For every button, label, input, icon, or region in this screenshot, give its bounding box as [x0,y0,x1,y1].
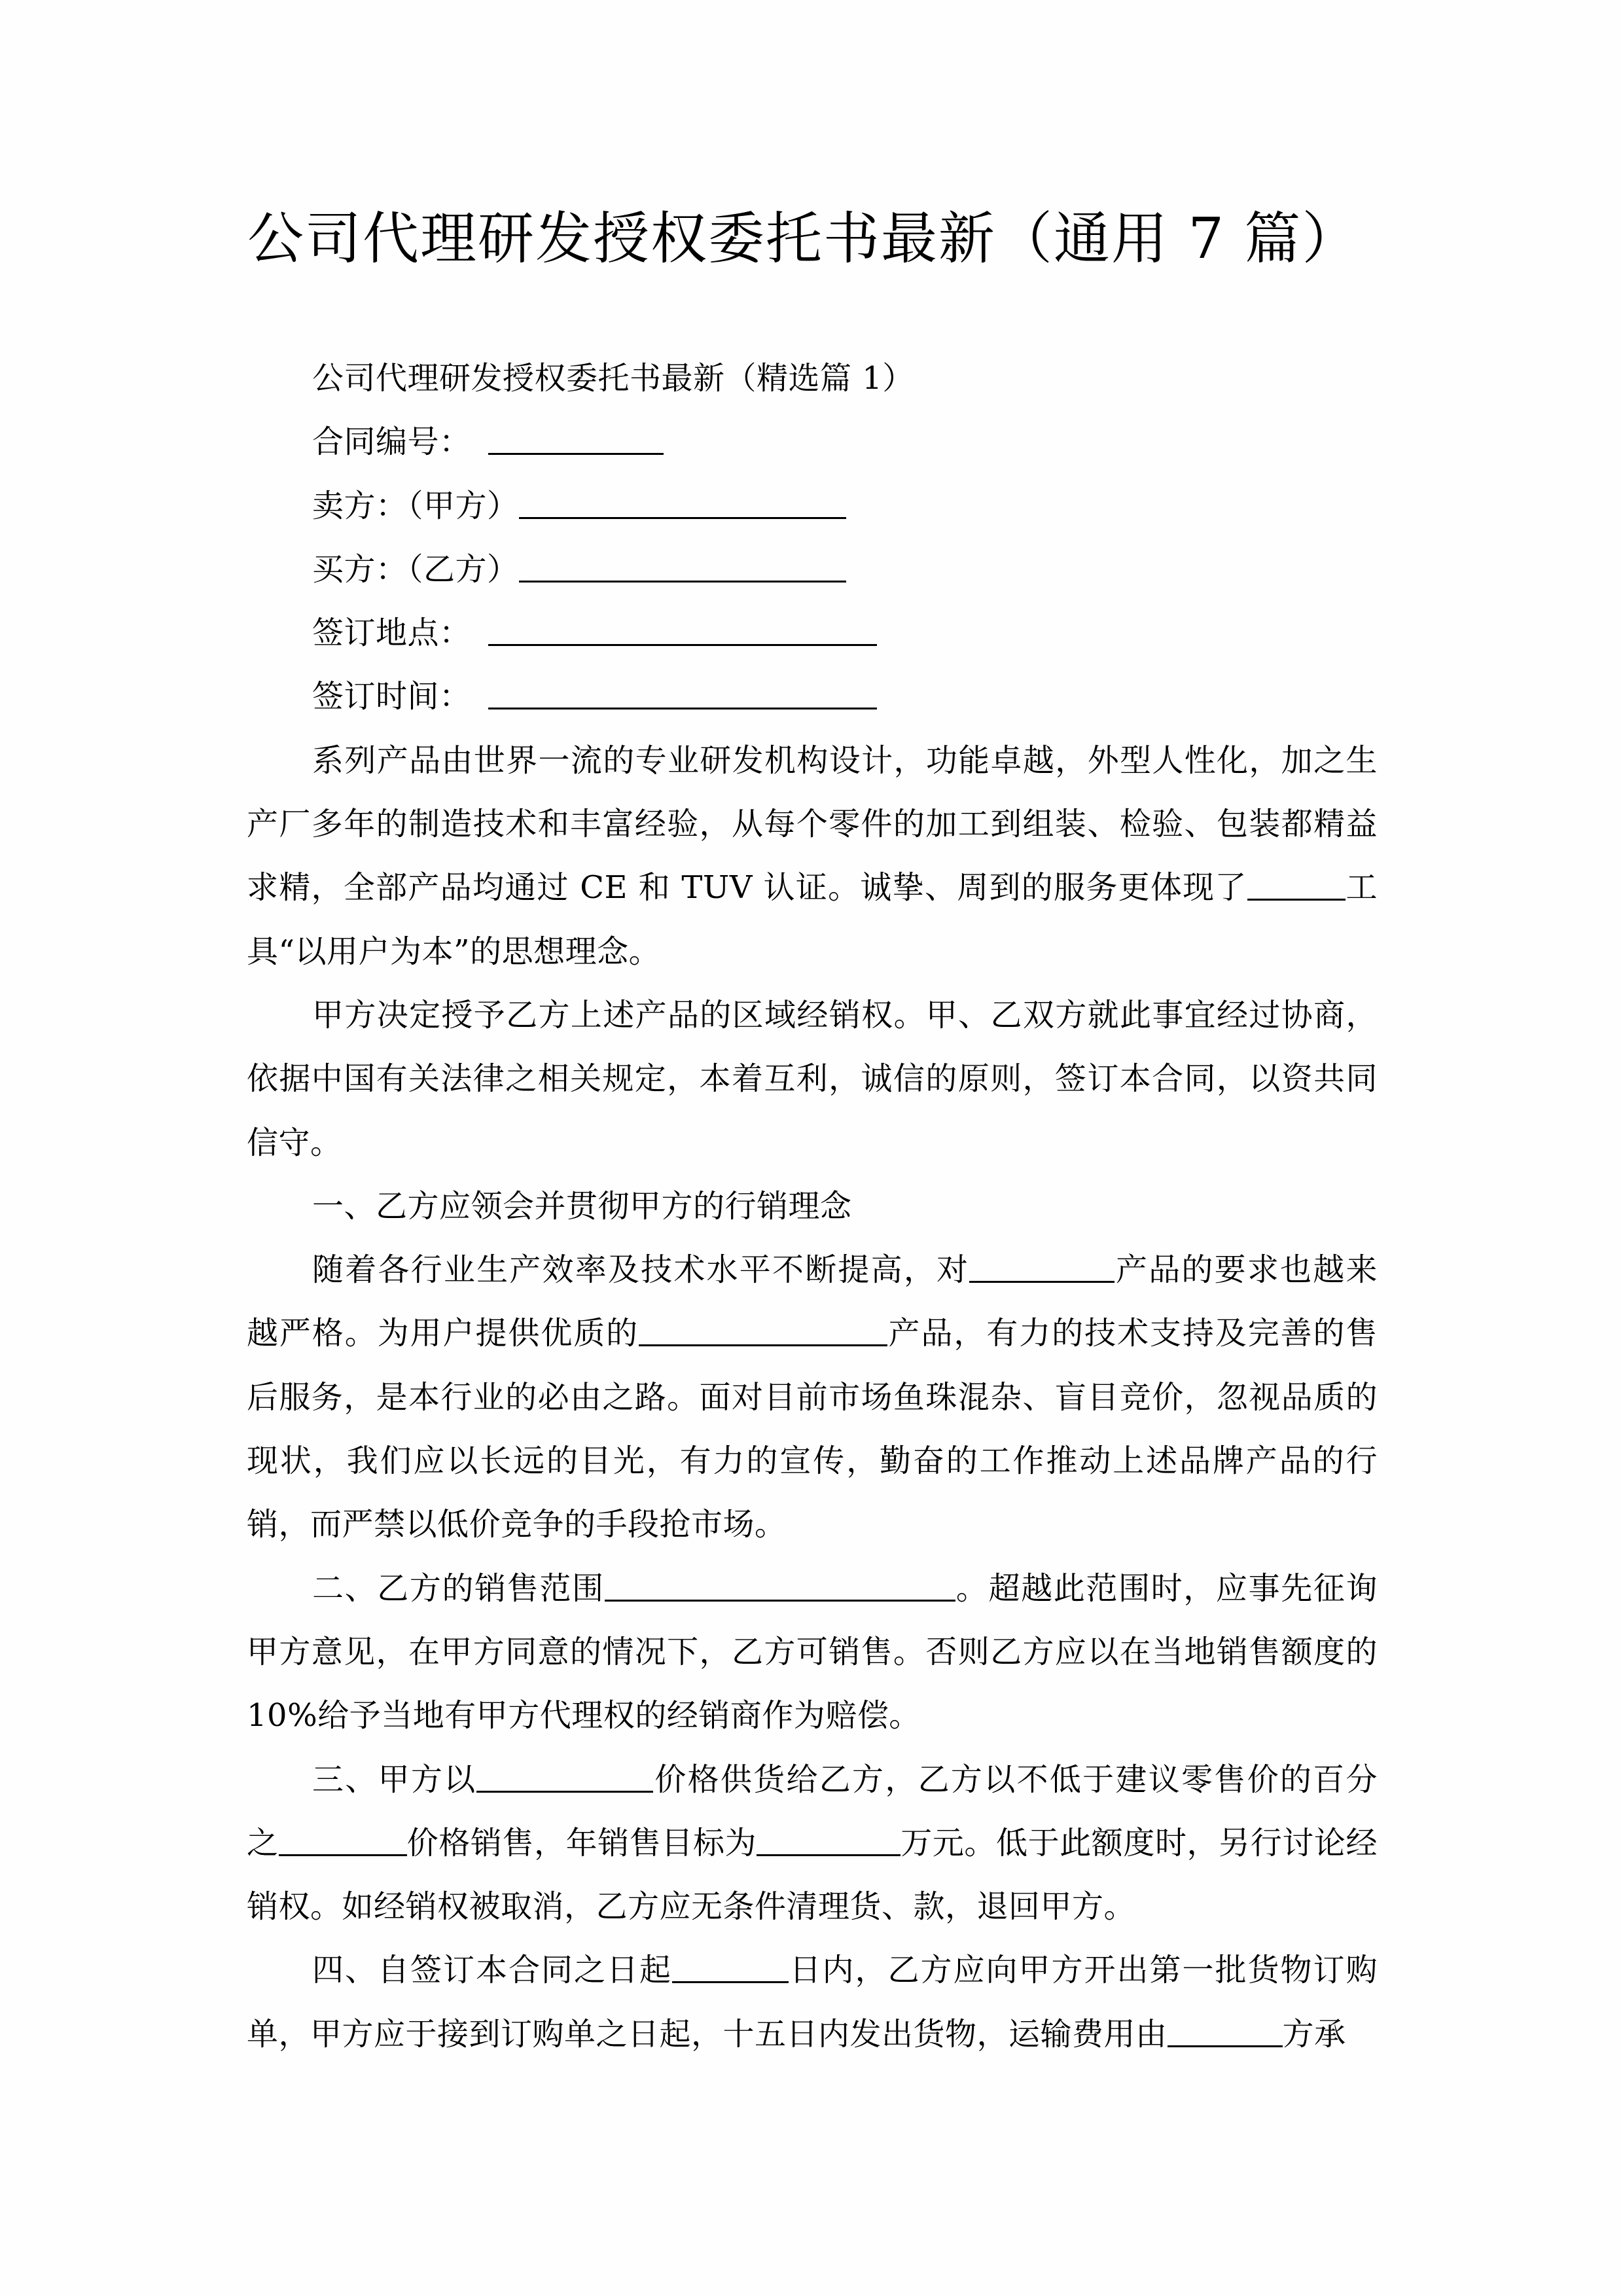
clause-3: 三、甲方以价格供货给乙方，乙方以不低于建议零售价的百分之价格销售，年销售目标为万… [247,1748,1378,1939]
paragraph-intro: 系列产品由世界一流的专业研发机构设计，功能卓越，外型人性化，加之生产厂多年的制造… [247,729,1378,984]
document-page: 公司代理研发授权委托书最新（通用 7 篇） 公司代理研发授权委托书最新（精选篇 … [0,0,1623,2296]
sign-time-blank [488,679,877,709]
paragraph-grant: 甲方决定授予乙方上述产品的区域经销权。甲、乙双方就此事宜经过协商，依据中国有关法… [247,984,1378,1175]
clause-1-heading: 一、乙方应领会并贯彻甲方的行销理念 [247,1175,1378,1238]
field-contract-no: 合同编号： [247,410,1378,474]
buyer-blank [519,552,846,583]
text: 二、乙方的销售范围 [312,1570,605,1607]
product-blank-2 [639,1316,887,1346]
sales-target-blank [757,1825,901,1856]
seller-blank [519,488,846,519]
field-sign-time: 签订时间： [247,665,1378,728]
sign-place-blank [488,615,877,646]
field-buyer: 买方：（乙方） [247,538,1378,601]
field-label: 签订地点： [312,615,471,651]
text: 方承 [1283,2016,1346,2053]
days-blank [672,1952,789,1983]
text: 价格销售，年销售目标为 [407,1825,757,1861]
document-body: 公司代理研发授权委托书最新（精选篇 1） 合同编号： 卖方：（甲方） 买方：（乙… [247,347,1378,2066]
contract-no-blank [488,424,664,455]
sales-range-blank [605,1571,955,1602]
field-label: 合同编号： [312,423,471,460]
field-label: 签订时间： [312,678,471,715]
field-label: 买方：（乙方） [312,551,519,588]
text: 四、自签订本合同之日起 [312,1952,672,1988]
document-title: 公司代理研发授权委托书最新（通用 7 篇） [247,196,1399,281]
field-sign-place: 签订地点： [247,601,1378,665]
text: 随着各行业生产效率及技术水平不断提高，对 [312,1251,969,1288]
section-heading: 公司代理研发授权委托书最新（精选篇 1） [247,347,1378,410]
field-seller: 卖方：（甲方） [247,475,1378,538]
field-label: 卖方：（甲方） [312,488,519,524]
clause-4: 四、自签订本合同之日起日内，乙方应向甲方开出第一批货物订购单，甲方应于接到订购单… [247,1939,1378,2066]
clause-1-body: 随着各行业生产效率及技术水平不断提高，对产品的要求也越来越严格。为用户提供优质的… [247,1238,1378,1556]
tool-blank [1247,870,1346,901]
text: 三、甲方以 [312,1761,476,1798]
clause-2: 二、乙方的销售范围。超越此范围时，应事先征询甲方意见，在甲方同意的情况下，乙方可… [247,1557,1378,1748]
freight-party-blank [1168,2017,1283,2047]
retail-percent-blank [279,1825,407,1856]
supply-price-blank [476,1762,653,1793]
text: 系列产品由世界一流的专业研发机构设计，功能卓越，外型人性化，加之生产厂多年的制造… [247,742,1378,906]
product-blank-1 [969,1252,1115,1283]
